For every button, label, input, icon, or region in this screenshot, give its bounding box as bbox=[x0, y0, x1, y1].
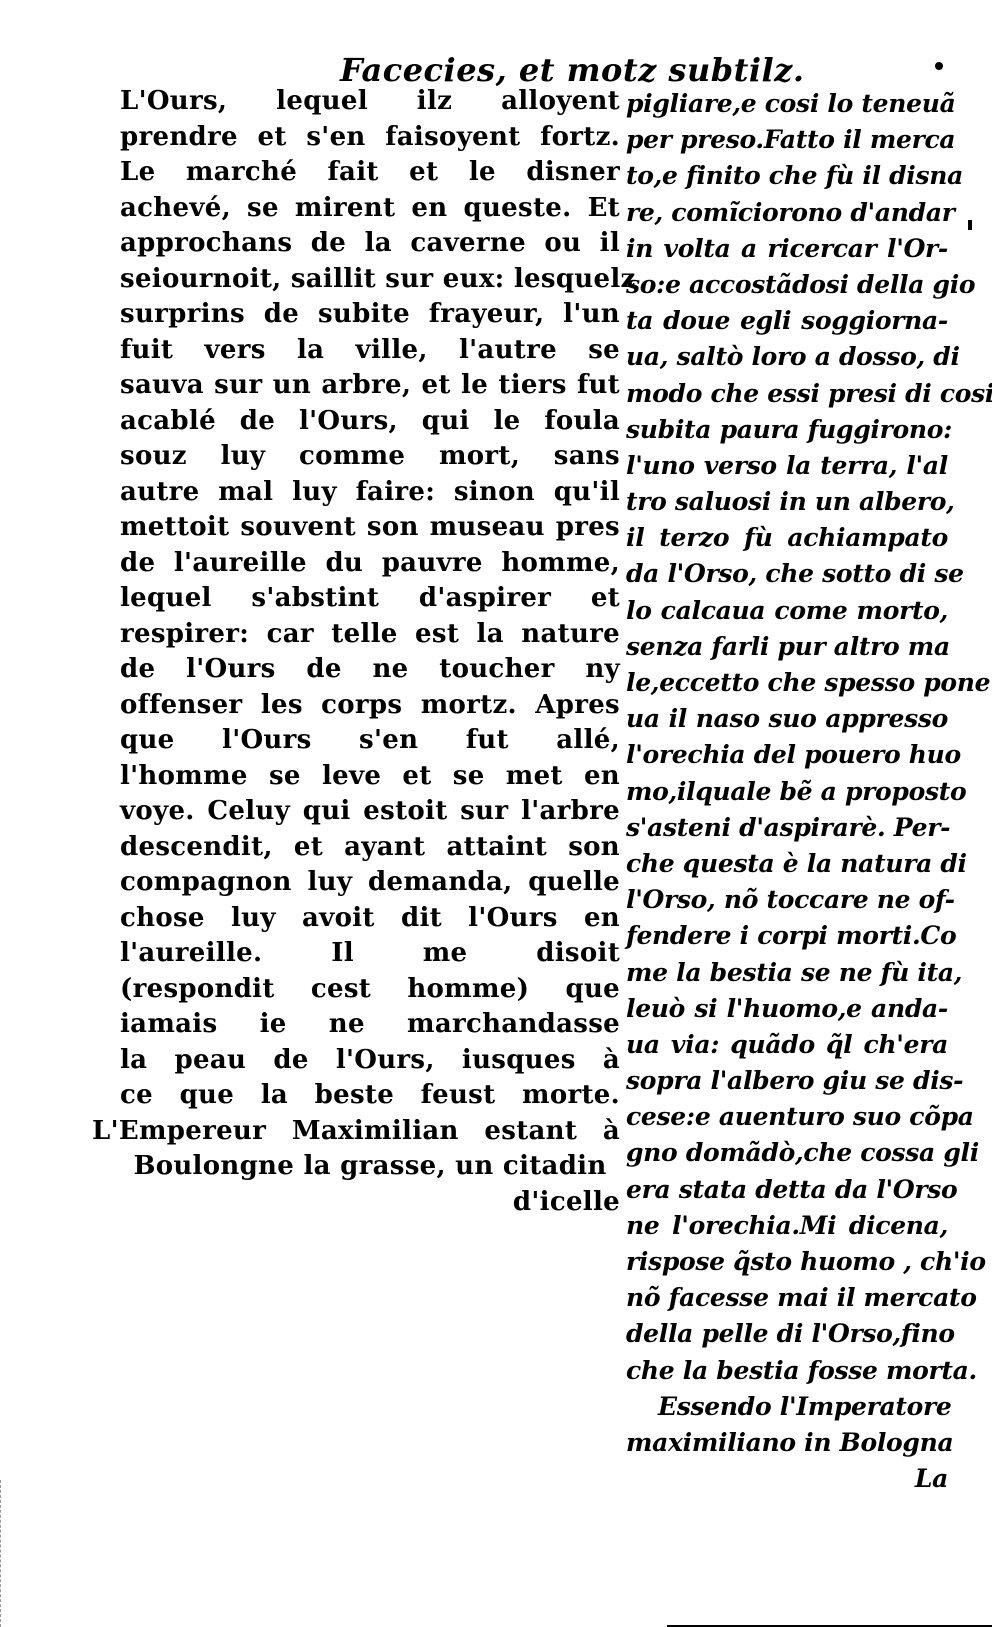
text-line: l'Orso, nõ toccare ne of- bbox=[626, 882, 948, 918]
text-line: lo calcaua come morto, bbox=[626, 593, 948, 629]
text-line: que l'Ours s'en fut allé, bbox=[120, 723, 620, 759]
margin-mark bbox=[968, 220, 972, 230]
text-line: ta doue egli soggiorna- bbox=[626, 303, 948, 339]
text-line: Boulongne la grasse, un citadin bbox=[120, 1149, 620, 1185]
text-line: sauva sur un arbre, et le tiers fut bbox=[120, 368, 620, 404]
text-line: mo,ilquale bẽ a proposto bbox=[626, 774, 948, 810]
text-line: descendit, et ayant attaint son bbox=[120, 830, 620, 866]
text-line: acablé de l'Ours, qui le foula bbox=[120, 404, 620, 440]
text-line: approchans de la caverne ou il bbox=[120, 226, 620, 262]
text-line: souz luy comme mort, sans bbox=[120, 439, 620, 475]
text-line: voye. Celuy qui estoit sur l'arbre bbox=[120, 794, 620, 830]
page-edge-noise bbox=[0, 1480, 4, 1627]
text-line: ce que la beste feust morte. bbox=[120, 1078, 620, 1114]
text-line: era stata detta da l'Orso bbox=[626, 1172, 948, 1208]
text-line: surprins de subite frayeur, l'un bbox=[120, 297, 620, 333]
text-line: so:e accostãdosi della gio bbox=[626, 267, 948, 303]
text-line: iamais ie ne marchandasse bbox=[120, 1007, 620, 1043]
text-line: maximiliano in Bologna bbox=[626, 1425, 948, 1461]
paragraph-start-line: Essendo l'Imperatore bbox=[626, 1389, 948, 1425]
text-line: mettoit souvent son museau pres bbox=[120, 510, 620, 546]
text-line: autre mal luy faire: sinon qu'il bbox=[120, 475, 620, 511]
text-line: prendre et s'en faisoyent fortz. bbox=[120, 120, 620, 156]
text-line: in volta a ricercar l'Or- bbox=[626, 231, 948, 267]
text-line: leuò si l'huomo,e anda- bbox=[626, 991, 948, 1027]
text-line: l'aureille. Il me disoit bbox=[120, 936, 620, 972]
text-line: che la bestia fosse morta. bbox=[626, 1353, 948, 1389]
text-line: respirer: car telle est la nature bbox=[120, 617, 620, 653]
text-line: me la bestia se ne fù ita, bbox=[626, 955, 948, 991]
text-line: subita paura fuggirono: bbox=[626, 412, 948, 448]
book-page: Facecies, et motz subtilz. L'Ours, leque… bbox=[0, 0, 992, 1627]
text-line: chose luy avoit dit l'Ours en bbox=[120, 901, 620, 937]
text-line: per preso.Fatto il merca bbox=[626, 122, 948, 158]
italian-column: pigliare,e cosi lo teneuã per preso.Fatt… bbox=[626, 86, 948, 1497]
text-line: da l'Orso, che sotto di se bbox=[626, 556, 948, 592]
text-line: sopra l'albero giu se dis- bbox=[626, 1063, 948, 1099]
text-line: (respondit cest homme) que bbox=[120, 972, 620, 1008]
text-line: seiournoit, saillit sur eux: lesquelz bbox=[120, 262, 620, 298]
text-line: che questa è la natura di bbox=[626, 846, 948, 882]
text-line: tro saluosi in un albero, bbox=[626, 484, 948, 520]
text-line: le,eccetto che spesso pone bbox=[626, 665, 948, 701]
text-line: ne l'orechia.Mi dicena, bbox=[626, 1208, 948, 1244]
text-line: L'Ours, lequel ilz alloyent bbox=[120, 84, 620, 120]
text-line: modo che essi presi di cosi bbox=[626, 376, 948, 412]
text-line: offenser les corps mortz. Apres bbox=[120, 688, 620, 724]
text-line: della pelle di l'Orso,fino bbox=[626, 1316, 948, 1352]
text-line: l'orechia del pouero huo bbox=[626, 737, 948, 773]
catchword-line: La bbox=[626, 1461, 948, 1497]
text-line: ua, saltò loro a dosso, di bbox=[626, 339, 948, 375]
french-column: L'Ours, lequel ilz alloyent prendre et s… bbox=[120, 84, 620, 1220]
text-line: nõ facesse mai il mercato bbox=[626, 1280, 948, 1316]
text-line: l'uno verso la terra, l'al bbox=[626, 448, 948, 484]
text-line: cese:e auenturo suo cõpa bbox=[626, 1099, 948, 1135]
text-line: de l'Ours de ne toucher ny bbox=[120, 652, 620, 688]
text-line: fuit vers la ville, l'autre se bbox=[120, 333, 620, 369]
paragraph-start-line: L'Empereur Maximilian estant à bbox=[92, 1114, 620, 1150]
catchword-line: d'icelle bbox=[120, 1185, 620, 1221]
text-line: compagnon luy demanda, quelle bbox=[120, 865, 620, 901]
text-line: Le marché fait et le disner bbox=[120, 155, 620, 191]
text-line: il terzo fù achiampato bbox=[626, 520, 948, 556]
text-line: ua via: quãdo q̃l ch'era bbox=[626, 1027, 948, 1063]
text-line: to,e finito che fù il disna bbox=[626, 158, 948, 194]
text-line: s'asteni d'aspirarè. Per- bbox=[626, 810, 948, 846]
text-line: rispose q̃sto huomo , ch'io bbox=[626, 1244, 948, 1280]
text-line: gno domãdò,che cossa gli bbox=[626, 1135, 948, 1171]
text-line: lequel s'abstint d'aspirer et bbox=[120, 581, 620, 617]
text-line: l'homme se leve et se met en bbox=[120, 759, 620, 795]
text-line: ua il naso suo appresso bbox=[626, 701, 948, 737]
text-line: la peau de l'Ours, iusques à bbox=[120, 1043, 620, 1079]
ornament-dot bbox=[935, 62, 943, 70]
text-line: senza farli pur altro ma bbox=[626, 629, 948, 665]
text-line: pigliare,e cosi lo teneuã bbox=[626, 86, 948, 122]
text-line: re, comĩciorono d'andar bbox=[626, 195, 948, 231]
text-line: achevé, se mirent en queste. Et bbox=[120, 191, 620, 227]
text-line: fendere i corpi morti.Co bbox=[626, 918, 948, 954]
text-line: de l'aureille du pauvre homme, bbox=[120, 546, 620, 582]
